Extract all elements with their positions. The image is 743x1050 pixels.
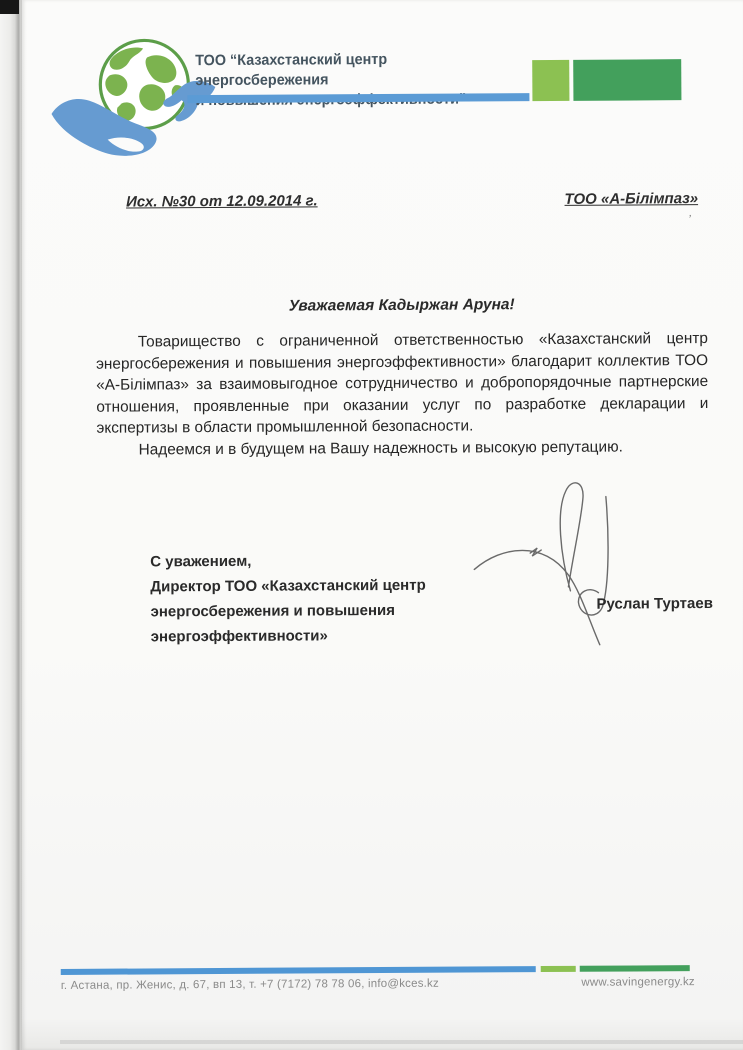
handwritten-signature xyxy=(468,469,619,660)
scan-page-edge xyxy=(0,0,22,1050)
company-name-line1: ТОО “Казахстанский центр энергосбережени… xyxy=(195,49,522,91)
footer-blue-bar xyxy=(61,966,536,975)
scan-bottom-edge xyxy=(60,1040,743,1044)
header-dark-green-block xyxy=(573,59,681,101)
scan-stray-mark: ’ xyxy=(687,212,692,226)
recipient: ТОО «А-Білімпаз» xyxy=(564,190,698,208)
footer-address: г. Астана, пр. Женис, д. 67, вп 13, т. +… xyxy=(61,978,439,992)
reference-row: Исх. №30 от 12.09.2014 г. ТОО «А-Білімпа… xyxy=(104,190,698,211)
body-paragraph-2: Надеемся и в будущем на Вашу надежность … xyxy=(97,436,709,461)
scanned-letter-page: { "header": { "company_name_line1": "ТОО… xyxy=(0,0,743,1050)
outgoing-number: Исх. №30 от 12.09.2014 г. xyxy=(126,192,318,210)
scan-corner-artifact xyxy=(0,0,19,14)
letter-content: ТОО “Казахстанский центр энергосбережени… xyxy=(19,0,743,1050)
letter-paper: ТОО “Казахстанский центр энергосбережени… xyxy=(22,0,743,1050)
footer-website: www.savingenergy.kz xyxy=(581,976,695,989)
footer: г. Астана, пр. Женис, д. 67, вп 13, т. +… xyxy=(61,976,695,992)
signer-name: Руслан Туртаев xyxy=(596,595,736,613)
salutation: Уважаемая Кадыржан Аруна! xyxy=(96,295,708,317)
footer-dark-green-segment xyxy=(580,965,690,972)
header-light-green-block xyxy=(532,60,569,101)
body-paragraph-1: Товарищество с ограниченной ответственно… xyxy=(96,328,709,440)
letter-body: Товарищество с ограниченной ответственно… xyxy=(96,328,709,461)
footer-light-green-segment xyxy=(541,966,576,972)
